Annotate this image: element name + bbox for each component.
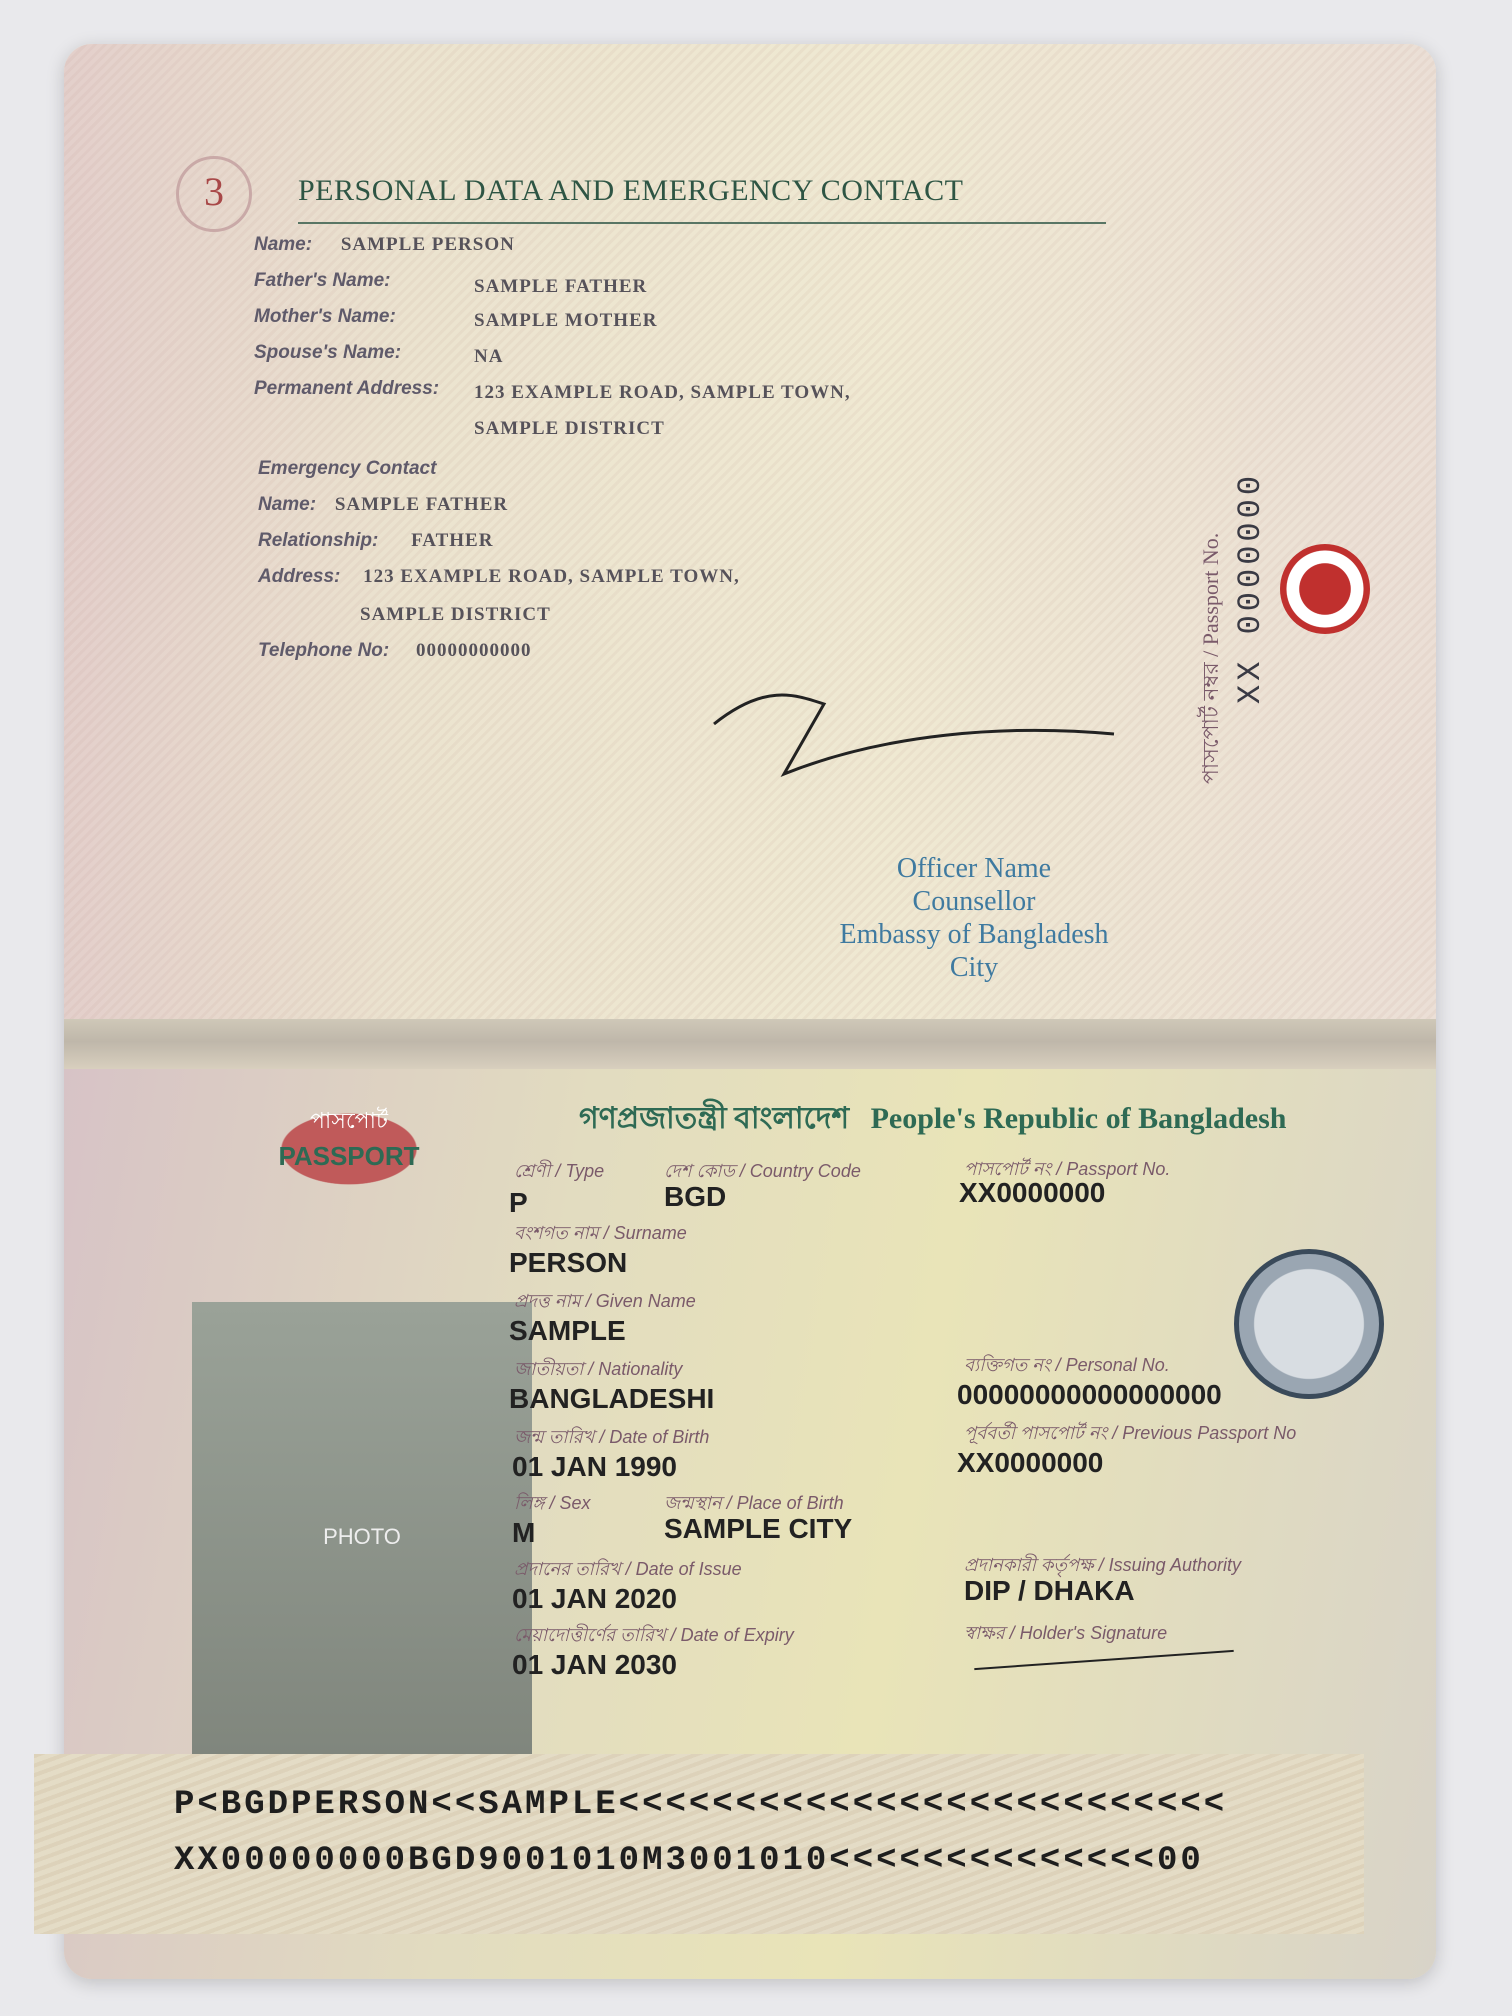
passport-no-vertical: XX 0000000: [1232, 472, 1269, 704]
type-value: P: [509, 1187, 528, 1219]
passport-badge: পাসপোর্ট PASSPORT: [244, 1094, 454, 1204]
officer-signature: [704, 664, 1124, 784]
country-header: গণপ্রজাতন্ত্রী বাংলাদেশ People's Republi…: [579, 1094, 1286, 1145]
mrz-zone: P<BGDPERSON<<SAMPLE<<<<<<<<<<<<<<<<<<<<<…: [34, 1754, 1364, 1934]
field-mother: Mother's Name: SAMPLE MOTHER: [254, 306, 396, 328]
issue-date-label: প্রদানের তারিখ / Date of Issue: [514, 1555, 742, 1586]
nationality-value: BANGLADESHI: [509, 1383, 714, 1415]
expiry-date-label: মেয়াদোত্তীর্ণের তারিখ / Date of Expiry: [514, 1621, 794, 1652]
passport-no-label-vertical: পাসপোর্ট নম্বর / Passport No.: [1194, 533, 1231, 784]
emergency-relationship: Relationship: FATHER: [258, 530, 493, 552]
mrz-line-1: P<BGDPERSON<<SAMPLE<<<<<<<<<<<<<<<<<<<<<…: [174, 1786, 1227, 1824]
emergency-heading: Emergency Contact: [258, 458, 436, 480]
prev-passport-label: পূর্ববর্তী পাসপোর্ট নং / Previous Passpo…: [964, 1419, 1296, 1450]
personal-no-label: ব্যক্তিগত নং / Personal No.: [964, 1351, 1170, 1382]
holder-signature: [974, 1650, 1234, 1670]
place-of-birth-value: SAMPLE CITY: [664, 1513, 852, 1545]
national-emblem-icon: [1234, 1249, 1384, 1399]
emergency-name: Name: SAMPLE FATHER: [258, 494, 508, 516]
observations-title: PERSONAL DATA AND EMERGENCY CONTACT: [298, 174, 964, 208]
field-name: Name: SAMPLE PERSON: [254, 234, 515, 256]
booklet-fold: [64, 1019, 1436, 1069]
surname-value: PERSON: [509, 1247, 627, 1279]
expiry-date-value: 01 JAN 2030: [512, 1649, 677, 1681]
emergency-phone: Telephone No: 00000000000: [258, 640, 532, 662]
sex-label: লিঙ্গ / Sex: [514, 1489, 591, 1520]
field-father: Father's Name: SAMPLE FATHER: [254, 270, 391, 292]
issuing-authority-value: DIP / DHAKA: [964, 1575, 1135, 1607]
embassy-seal-icon: [1280, 544, 1370, 634]
passport-booklet: 3 PERSONAL DATA AND EMERGENCY CONTACT Na…: [64, 44, 1436, 1979]
sex-value: M: [512, 1517, 535, 1549]
nationality-label: জাতীয়তা / Nationality: [514, 1355, 682, 1386]
personal-no-value: 00000000000000000: [957, 1379, 1222, 1411]
emergency-address: Address: 123 EXAMPLE ROAD, SAMPLE TOWN, …: [258, 566, 740, 588]
given-name-label: প্রদত্ত নাম / Given Name: [514, 1287, 696, 1318]
issue-date-value: 01 JAN 2020: [512, 1583, 677, 1615]
title-divider: [298, 222, 1106, 224]
given-name-value: SAMPLE: [509, 1315, 626, 1347]
prev-passport-value: XX0000000: [957, 1447, 1103, 1479]
officer-stamp: Officer Name Counsellor Embassy of Bangl…: [764, 852, 1184, 984]
mrz-line-2: XX00000000BGD9001010M3001010<<<<<<<<<<<<…: [174, 1842, 1204, 1880]
dob-label: জন্ম তারিখ / Date of Birth: [514, 1423, 709, 1454]
surname-label: বংশগত নাম / Surname: [514, 1219, 687, 1250]
data-page: গণপ্রজাতন্ত্রী বাংলাদেশ People's Republi…: [64, 1069, 1436, 1979]
holder-photo-placeholder: PHOTO: [192, 1302, 532, 1772]
field-spouse: Spouse's Name: NA: [254, 342, 401, 364]
observations-page: 3 PERSONAL DATA AND EMERGENCY CONTACT Na…: [64, 44, 1436, 1019]
country-code-value: BGD: [664, 1181, 726, 1213]
type-label: শ্রেণী / Type: [514, 1157, 604, 1188]
signature-label: স্বাক্ষর / Holder's Signature: [964, 1619, 1167, 1650]
passport-no-value: XX0000000: [959, 1177, 1105, 1209]
page-number-badge: 3: [176, 156, 252, 232]
dob-value: 01 JAN 1990: [512, 1451, 677, 1483]
field-address: Permanent Address: 123 EXAMPLE ROAD, SAM…: [254, 378, 439, 400]
